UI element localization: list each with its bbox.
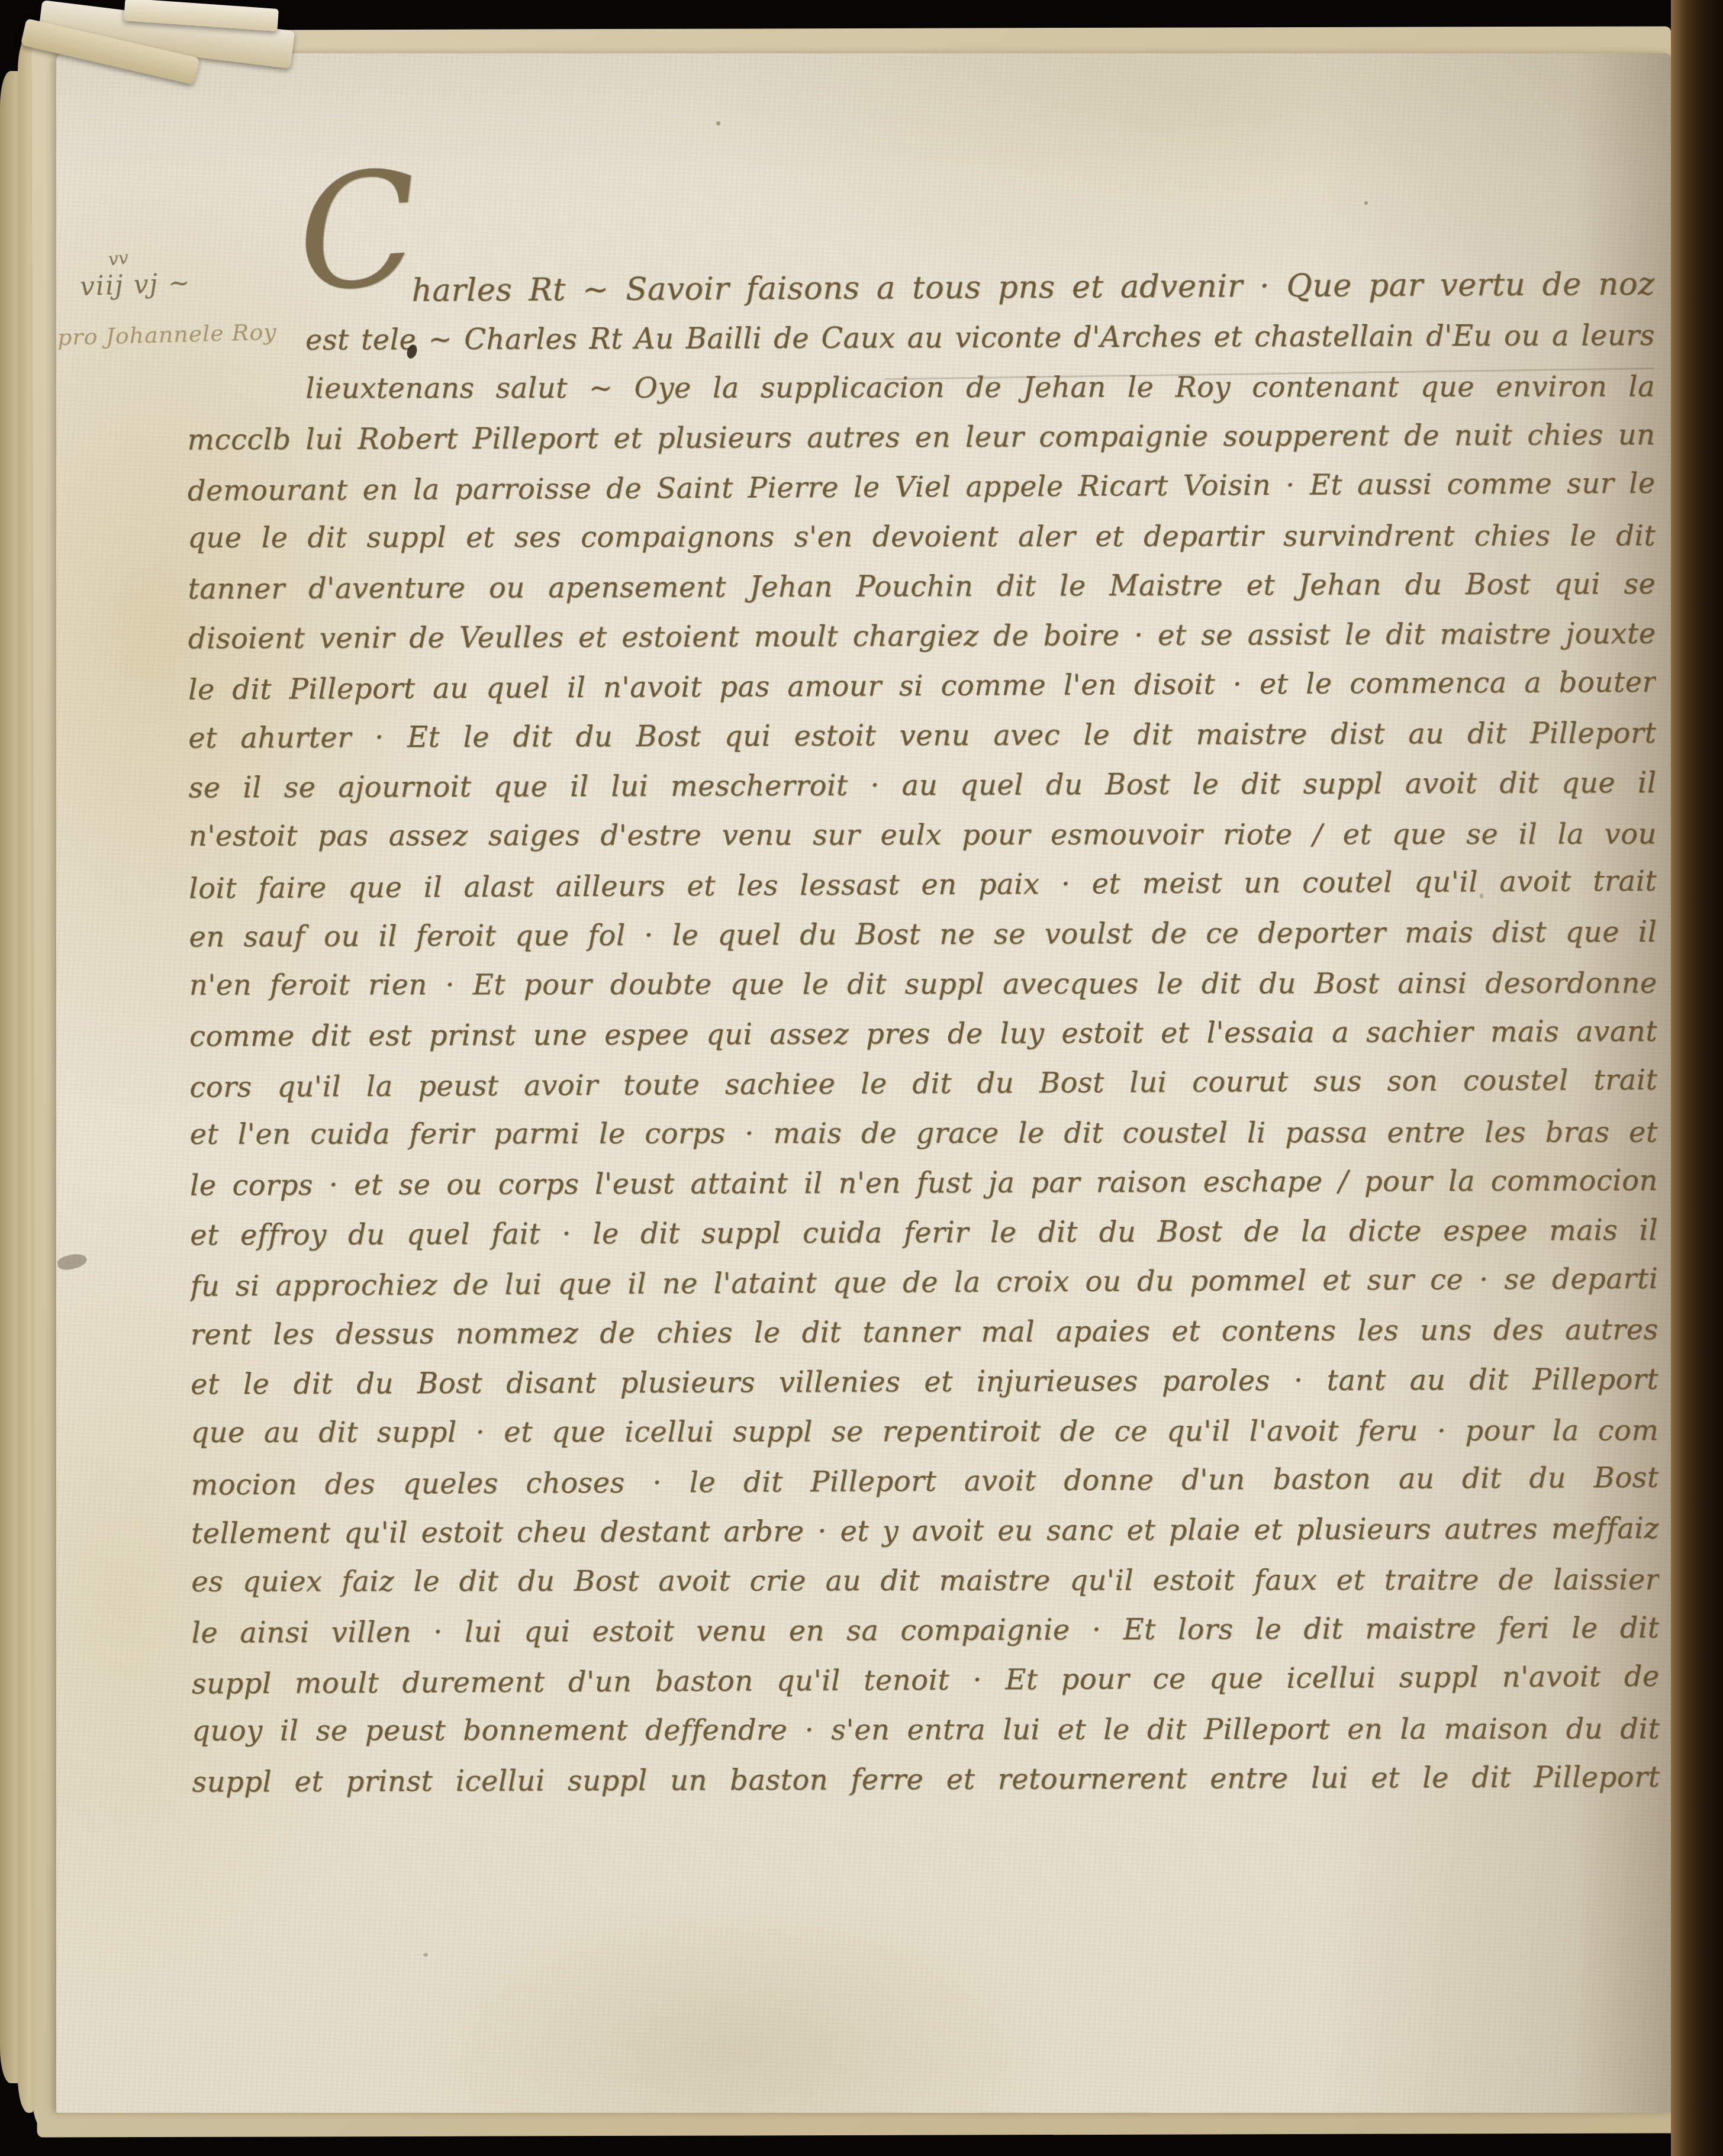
manuscript-line: le ainsi villen · lui qui estoit venu en… — [191, 1603, 1659, 1658]
manuscript-line: suppl moult durement d'un baston qu'il t… — [192, 1652, 1660, 1709]
manuscript-line: loit faire que il alast ailleurs et les … — [189, 856, 1657, 914]
manuscript-line: en sauf ou il feroit que fol · le quel d… — [189, 907, 1657, 962]
manuscript-line: es quiex faiz le dit du Bost avoit crie … — [191, 1555, 1659, 1606]
manuscript-line: le dit Pilleport au quel il n'avoit pas … — [188, 658, 1656, 715]
text-block: harles Rt ~ Savoir faisons a tous pns et… — [186, 261, 1660, 1807]
margin-folio-number: viij vj ~ — [79, 268, 192, 302]
manuscript-line: suppl et prinst icellui suppl un baston … — [192, 1752, 1660, 1807]
margin-flourish: vv — [107, 247, 129, 270]
manuscript-line: demourant en la parroisse de Saint Pierr… — [188, 459, 1656, 516]
manuscript-line: et l'en cuida ferir parmi le corps · mai… — [190, 1107, 1658, 1159]
manuscript-line: rent les dessus nommez de chies le dit t… — [191, 1305, 1658, 1360]
manuscript-line: n'en feroit rien · Et pour doubte que le… — [189, 958, 1657, 1010]
manuscript-line: tellement qu'il estoit cheu destant arbr… — [191, 1504, 1659, 1559]
manuscript-line: comme dit est prinst une espee qui assez… — [189, 1007, 1657, 1062]
manuscript-line: n'estoit pas assez saiges d'estre venu s… — [189, 809, 1657, 861]
manuscript-line: cors qu'il la peust avoir toute sachiee … — [189, 1055, 1657, 1113]
manuscript-line: disoient venir de Veulles et estoient mo… — [188, 609, 1656, 664]
manuscript-line: mccclb lui Robert Pilleport et plusieurs… — [187, 410, 1655, 465]
manuscript-line: et ahurter · Et le dit du Bost qui estoi… — [188, 708, 1656, 763]
manuscript-line: quoy il se peust bonnement deffendre · s… — [192, 1704, 1660, 1755]
manuscript-line: tanner d'aventure ou apensement Jehan Po… — [188, 559, 1656, 614]
manuscript-line: lieuxtenans salut ~ Oye la supplicacion … — [187, 362, 1655, 413]
manuscript-line: et effroy du quel fait · le dit suppl cu… — [190, 1206, 1658, 1261]
manuscript-line: se il se ajournoit que il lui mescherroi… — [188, 758, 1656, 813]
manuscript-photo: vv viij vj ~ pro Johannele Roy C harles … — [0, 0, 1723, 2156]
manuscript-line: et le dit du Bost disant plusieurs ville… — [191, 1355, 1658, 1410]
manuscript-line: que le dit suppl et ses compaignons s'en… — [188, 511, 1656, 562]
parchment-speck — [716, 121, 720, 125]
parchment-page: vv viij vj ~ pro Johannele Roy C harles … — [56, 53, 1671, 2113]
manuscript-line: fu si approchiez de lui que il ne l'atai… — [190, 1254, 1658, 1311]
parchment-speck — [423, 1953, 428, 1957]
manuscript-line: le corps · et se ou corps l'eust attaint… — [190, 1156, 1658, 1211]
manuscript-line: mocion des queles choses · le dit Pillep… — [191, 1453, 1658, 1510]
manuscript-line: harles Rt ~ Savoir faisons a tous pns et… — [186, 260, 1654, 317]
manuscript-line: que au dit suppl · et que icellui suppl … — [191, 1406, 1658, 1457]
book-gutter-cover — [1671, 0, 1723, 2156]
parchment-speck — [1364, 201, 1368, 205]
margin-smudge — [56, 1251, 88, 1272]
manuscript-line: est tele ~ Charles Rt Au Bailli de Caux … — [187, 311, 1655, 366]
